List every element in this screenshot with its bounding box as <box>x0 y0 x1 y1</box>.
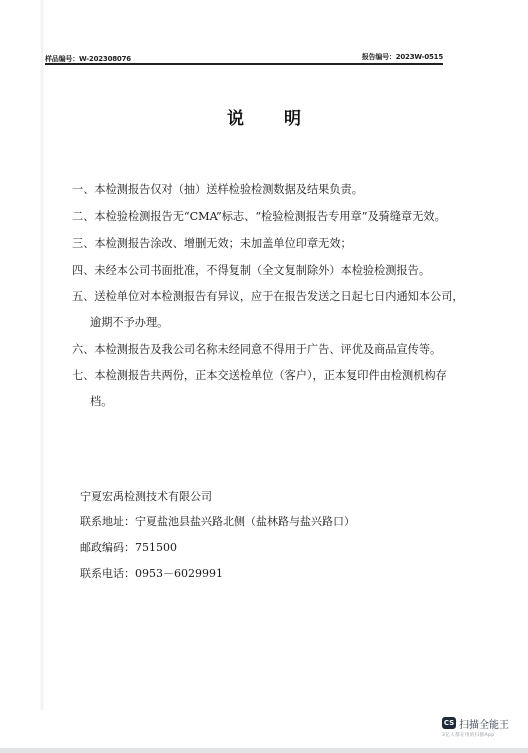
address-value: 宁夏盐池县盐兴路北侧（盐林路与盐兴路口） <box>135 515 355 528</box>
contact-postcode: 邮政编码：751500 <box>80 541 177 555</box>
phone-value: 0953－6029991 <box>135 567 223 580</box>
note-item-5-continued: 逾期不予办理。 <box>90 316 168 330</box>
report-number: 报告编号：2023W-0515 <box>362 52 443 62</box>
note-item-7: 七、本检测报告共两份，正本交送检单位（客户），正本复印件由检测机构存 <box>72 369 447 383</box>
report-number-label: 报告编号： <box>362 53 396 61</box>
camscanner-logo-icon: CS <box>442 717 456 729</box>
note-item-2: 二、本检验检测报告无“CMA”标志、“检验检测报告专用章”及骑缝章无效。 <box>72 210 446 224</box>
contact-address: 联系地址：宁夏盐池县盐兴路北侧（盐林路与盐兴路口） <box>80 515 355 529</box>
contact-phone: 联系电话：0953－6029991 <box>80 567 223 581</box>
address-label: 联系地址： <box>80 515 135 528</box>
bottom-bar <box>0 748 528 753</box>
title-char-2: 明 <box>284 109 301 129</box>
header-divider <box>45 63 443 65</box>
camscanner-watermark: CS 扫描全能王 3亿人都在用的扫描App <box>430 717 512 743</box>
note-item-1: 一、本检测报告仅对（抽）送样检验检测数据及结果负责。 <box>72 183 363 197</box>
document-page: 样品编号：W-202308076 报告编号：2023W-0515 说明 一、本检… <box>0 0 528 748</box>
note-item-4: 四、未经本公司书面批准，不得复制（全文复制除外）本检验检测报告。 <box>72 264 430 278</box>
sample-number-label: 样品编号： <box>45 55 79 63</box>
watermark-tagline: 3亿人都在用的扫描App <box>442 732 494 738</box>
note-item-6: 六、本检测报告及我公司名称未经同意不得用于广告、评优及商品宣传等。 <box>72 343 441 357</box>
note-item-5: 五、送检单位对本检测报告有异议，应于在报告发送之日起七日内通知本公司， <box>72 290 464 304</box>
note-item-3: 三、本检测报告涂改、增删无效；未加盖单位印章无效； <box>72 237 352 251</box>
postcode-label: 邮政编码： <box>80 541 135 554</box>
report-number-value: 2023W-0515 <box>396 53 443 61</box>
company-name: 宁夏宏禹检测技术有限公司 <box>80 490 212 504</box>
note-item-7-continued: 档。 <box>90 395 112 409</box>
title-char-1: 说 <box>227 109 244 129</box>
watermark-app-name: 扫描全能王 <box>459 716 509 731</box>
phone-label: 联系电话： <box>80 567 135 580</box>
sample-number-value: W-202308076 <box>79 55 131 63</box>
postcode-value: 751500 <box>135 541 177 554</box>
page-title: 说明 <box>0 104 528 129</box>
